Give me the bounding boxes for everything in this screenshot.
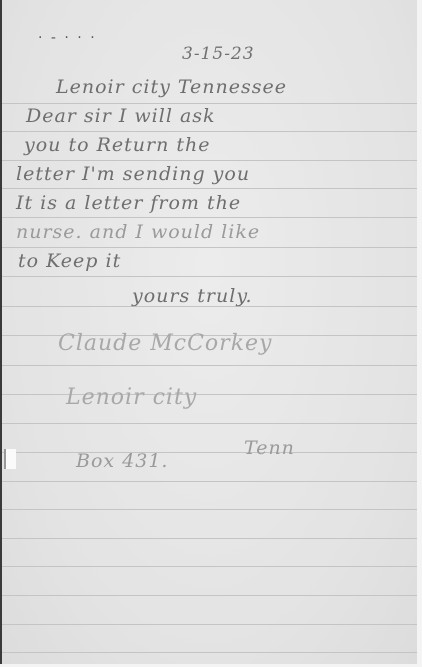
letter-date: 3-15-23: [182, 44, 255, 64]
ruled-line: [2, 276, 417, 277]
ruled-line: [2, 624, 417, 625]
address-city: Lenoir city: [66, 385, 197, 410]
address-state: Tenn: [244, 437, 295, 459]
letter-body-line: Dear sir I will ask: [26, 105, 216, 127]
ruled-line: [2, 652, 417, 653]
ruled-line: [2, 566, 417, 567]
ruled-line: [2, 131, 417, 132]
ruled-line: [2, 188, 417, 189]
letter-place-line: Lenoir city Tennessee: [56, 76, 287, 98]
ruled-line: [2, 538, 417, 539]
ruled-line: [2, 481, 417, 482]
letter-body-line: you to Return the: [24, 134, 210, 156]
letter-page: · ‑ · · · 3-15-23 Lenoir city Tennessee …: [2, 0, 417, 664]
letter-signature: Claude McCorkey: [58, 331, 272, 356]
ruled-line: [2, 365, 417, 366]
letter-body-line: nurse. and I would like: [16, 221, 260, 243]
paper-tab-mark: [4, 449, 16, 469]
box-number: Box 431.: [76, 450, 168, 472]
ruled-line: [2, 103, 417, 104]
ink-specks: · ‑ · · ·: [38, 30, 97, 46]
ruled-line: [2, 509, 417, 510]
ruled-line: [2, 595, 417, 596]
ruled-line: [2, 160, 417, 161]
ruled-line: [2, 247, 417, 248]
ruled-line: [2, 452, 417, 453]
letter-body-line: to Keep it: [18, 250, 121, 272]
letter-body-line: It is a letter from the: [16, 192, 241, 214]
ruled-line: [2, 217, 417, 218]
ruled-line: [2, 423, 417, 424]
ruled-line: [2, 394, 417, 395]
letter-body-line: letter I'm sending you: [16, 163, 250, 185]
letter-closing: yours truly.: [132, 285, 253, 307]
scan-margin-right: [417, 0, 422, 667]
